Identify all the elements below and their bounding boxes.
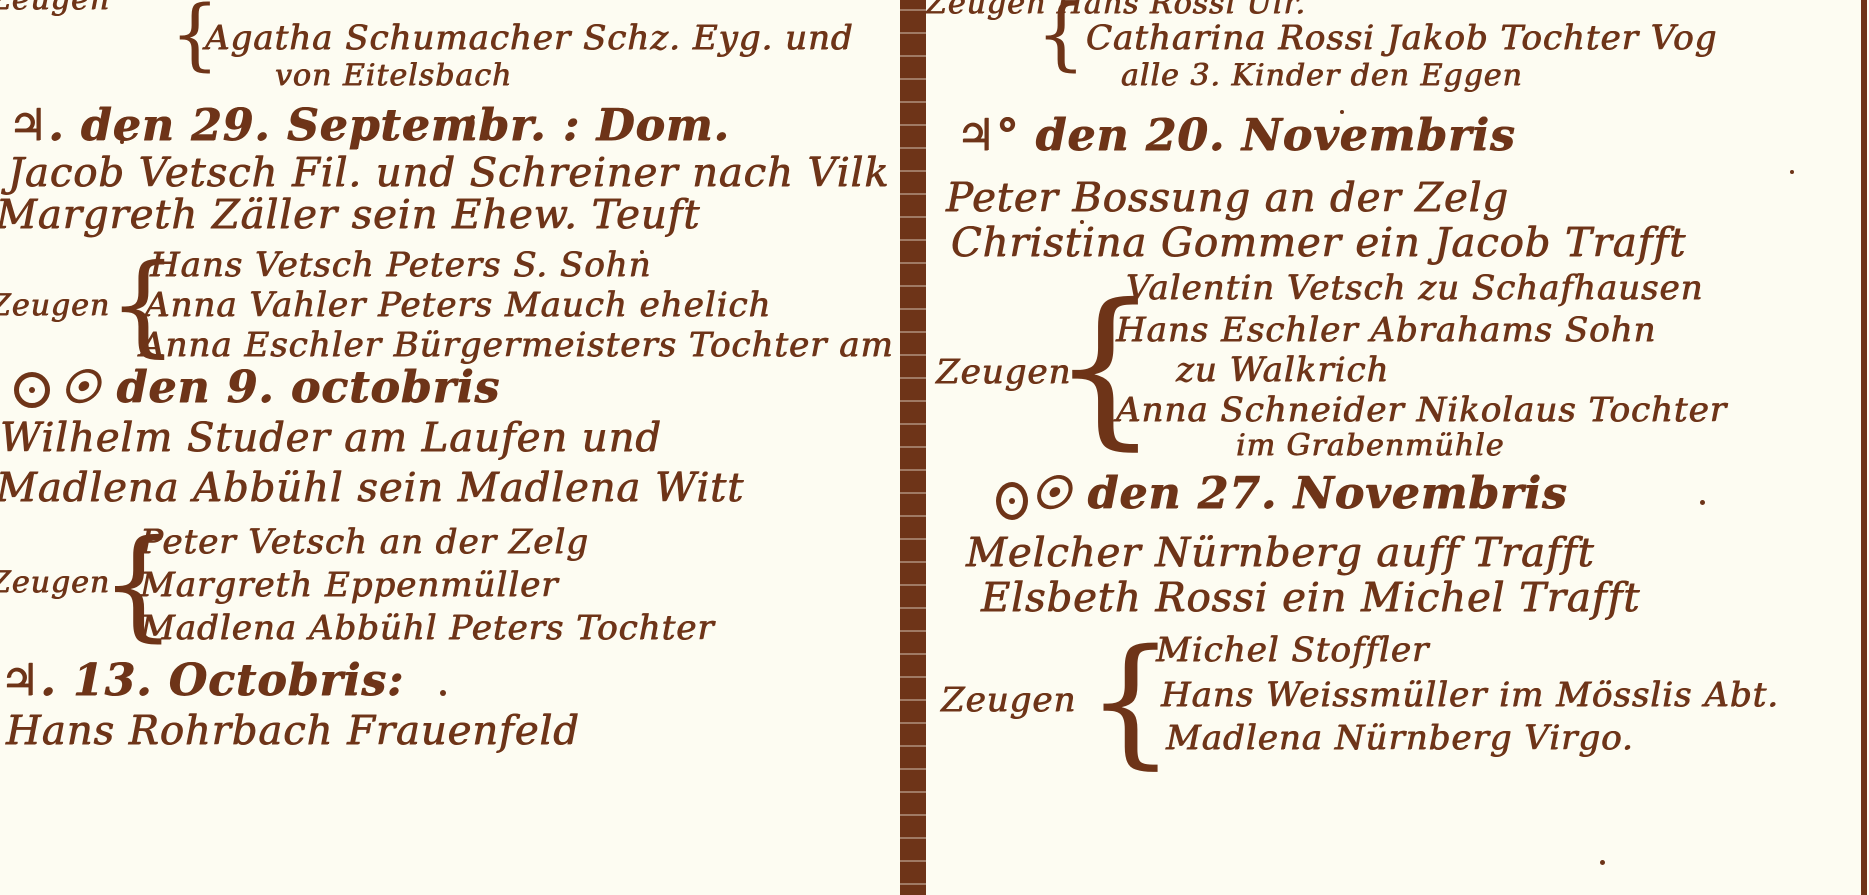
ink-speck xyxy=(720,300,723,303)
ink-speck xyxy=(440,690,446,696)
entry-date-heading: ♃. den 29. Septembr. : Dom. xyxy=(8,100,730,151)
ink-speck xyxy=(470,115,475,120)
handwritten-line: alle 3. Kinder den Eggen xyxy=(1121,58,1523,93)
father-line: Jacob Vetsch Fil. und Schreiner nach Vil… xyxy=(8,150,900,196)
entry-date-heading: ♃° den 20. Novembris xyxy=(956,110,1516,161)
witness-line: zu Walkrich xyxy=(1176,350,1389,390)
witness-line: Anna Schneider Nikolaus Tochter xyxy=(1116,390,1727,430)
witness-line: Hans Eschler Abrahams Sohn xyxy=(1116,310,1656,350)
witness-line: Anna Vahler Peters Mauch ehelich xyxy=(145,285,771,325)
handwritten-line: von Eitelsbach xyxy=(275,58,512,93)
witness-label: Zeugen xyxy=(0,0,110,17)
witness-line: Valentin Vetsch zu Schafhausen xyxy=(1126,268,1704,308)
witness-line: Madlena Abbühl Peters Tochter xyxy=(140,608,715,648)
ink-speck xyxy=(310,540,314,544)
ink-speck xyxy=(1790,170,1794,174)
witness-line: Catharina Rossi Jakob Tochter Vog xyxy=(1086,18,1717,58)
witness-label: Zeugen xyxy=(941,680,1076,720)
witness-line: Michel Stoffler xyxy=(1156,630,1429,670)
witness-line: Peter Vetsch an der Zelg xyxy=(140,522,589,562)
ink-speck xyxy=(120,140,124,144)
brace-icon: { xyxy=(1036,0,1086,80)
entry-date-heading: ☉ den 27. Novembris xyxy=(1031,468,1568,519)
handwritten-line: Agatha Schumacher Schz. Eyg. und xyxy=(205,18,854,58)
witness-line: Margreth Eppenmüller xyxy=(140,565,558,605)
sunday-symbol-icon xyxy=(996,482,1028,520)
ink-speck xyxy=(1340,110,1344,114)
sunday-symbol-icon xyxy=(14,372,50,408)
witness-line: Hans Weissmüller im Mösslis Abt. xyxy=(1161,675,1779,715)
mother-line: Madlena Abbühl sein Madlena Witt xyxy=(0,465,744,511)
right-page: Zeugen Hans Rossi Ulr. { Catharina Rossi… xyxy=(926,0,1869,895)
right-page-edge-rule xyxy=(1861,0,1867,895)
witness-label: Zeugen xyxy=(0,288,110,323)
witness-line: Hans Vetsch Peters S. Sohn xyxy=(150,245,652,285)
entry-date-heading: ☉ den 9. octobris xyxy=(60,362,500,413)
witness-line: Madlena Nürnberg Virgo. xyxy=(1166,718,1634,758)
ink-speck xyxy=(640,250,644,254)
ink-speck xyxy=(1080,220,1084,224)
mother-line: Margreth Zäller sein Ehew. Teuft xyxy=(0,192,701,238)
father-line: Peter Bossung an der Zelg xyxy=(946,175,1509,221)
father-line: Wilhelm Studer am Laufen und xyxy=(0,415,662,461)
ink-speck xyxy=(1600,860,1605,865)
witness-label: Zeugen xyxy=(0,565,110,600)
mother-line: Elsbeth Rossi ein Michel Trafft xyxy=(981,575,1640,621)
ink-speck xyxy=(1700,500,1705,505)
father-line: Melcher Nürnberg auff Trafft xyxy=(966,530,1595,576)
book-spine-divider xyxy=(900,0,926,895)
witness-line: Anna Eschler Bürgermeisters Tochter am K… xyxy=(140,325,900,365)
left-page: Zeugen { Agatha Schumacher Schz. Eyg. un… xyxy=(0,0,900,895)
father-line: Hans Rohrbach Frauenfeld xyxy=(6,708,580,754)
entry-date-heading: ♃. 13. Octobris: xyxy=(0,655,404,706)
witness-line: im Grabenmühle xyxy=(1236,428,1505,463)
mother-line: Christina Gommer ein Jacob Trafft xyxy=(951,220,1686,266)
